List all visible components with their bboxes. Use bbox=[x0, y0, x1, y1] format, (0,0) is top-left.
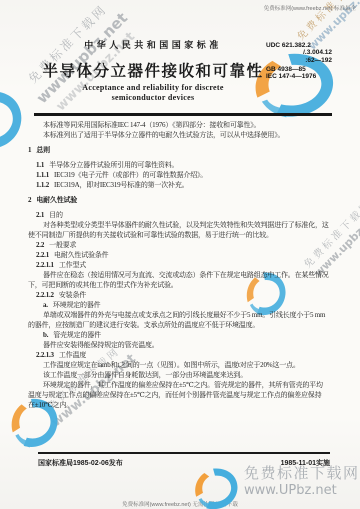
clause-text: 温度与规定工作点的偏差应保持在±5℃之内，而任何个别器件管壳温度与规定工作点的偏… bbox=[28, 391, 321, 399]
national-standard-label: 中华人民共和国国家标准 bbox=[0, 38, 306, 51]
doc-line: 2.1目的 bbox=[36, 210, 334, 220]
doc-title-cn: 半导体分立器件接收和可靠性 bbox=[0, 59, 306, 81]
clause-number: 2.1 bbox=[36, 211, 44, 219]
clause-text: 使不同制造厂所提供的有关接收试验和可靠性试验的数据，易于进行统一的比较。 bbox=[28, 231, 273, 239]
clause-text: 单端或双端器件的外壳与电接点或支承点之间的引线长度最好不少于5 mm。引线长度小… bbox=[43, 311, 325, 319]
doc-line: 对各种类型或分类型半导体器件的耐久性试验，以及判定失效特性和失效判据进行了标准化… bbox=[43, 220, 334, 230]
code-iec: IEC 147-4—1976 bbox=[266, 73, 332, 80]
code-udc-2: /.3.004.12 bbox=[266, 49, 332, 56]
clause-text: 的器件，应按制造厂的建议进行安装。支承点所处的温度应不低于环境温度。 bbox=[28, 321, 259, 329]
doc-line: 本标准等同采用国际标准IEC 147-4（1976）《第四部分：接收和可靠性》。 bbox=[43, 120, 334, 130]
clause-text: 工作型式 bbox=[59, 261, 86, 269]
clause-text: 本标准等同采用国际标准IEC 147-4（1976）《第四部分：接收和可靠性》。 bbox=[43, 121, 260, 129]
doc-title-en-line1: Acceptance and reliability for discrete bbox=[0, 83, 306, 92]
page: 免费标准下载网 www.upbz.net www.upbz.net 免费标准下载… bbox=[0, 0, 360, 509]
document-content: 免费标准网(www.freebz.net) 标准最全 中华人民共和国国家标准 半… bbox=[0, 0, 360, 509]
clause-text: IEC319A，即对IEC319号标准的第一次补充。 bbox=[54, 181, 188, 189]
clause-text: 对各种类型或分类型半导体器件的耐久性试验，以及判定失效特性和失效判据进行了标准化… bbox=[43, 221, 329, 229]
clause-text: 器件应安装得能保持规定的管壳温度。 bbox=[43, 341, 159, 349]
code-gb: GB 4938—85 bbox=[266, 66, 332, 73]
doc-line: 的器件，应按制造厂的建议进行安装。支承点所处的温度应不低于环境温度。 bbox=[28, 320, 334, 330]
brand-text: 免费标准下载网 www.UPbz.net bbox=[244, 466, 360, 498]
clause-number: 1 bbox=[28, 146, 31, 154]
doc-line: 温度与规定工作点的偏差应保持在±5℃之内，而任何个别器件管壳温度与规定工作点的偏… bbox=[28, 390, 334, 400]
clause-number: 2 bbox=[28, 196, 31, 204]
doc-line: 单端或双端器件的外壳与电接点或支承点之间的引线长度最好不少于5 mm。引线长度小… bbox=[43, 310, 334, 320]
doc-line: 器件应在稳态（按适用情况可为直流、交流或动态）条件下在规定电路组态中工作。在某些… bbox=[43, 270, 334, 280]
clause-text: 安装条件 bbox=[59, 291, 86, 299]
doc-line: 2.2一般要求 bbox=[36, 240, 334, 250]
clause-text: 工作温度应规定在tamb和t之间的一点（见图）。如图中所示，温度t对应于20%这… bbox=[43, 361, 300, 369]
clause-text: 半导体分立器件试验所引用的可靠性资料。 bbox=[49, 161, 178, 169]
clause-text: 总则 bbox=[36, 146, 50, 154]
clause-text: 目的 bbox=[49, 211, 63, 219]
clause-number: 1.1.2 bbox=[36, 181, 49, 189]
clause-number: 2.2 bbox=[36, 241, 44, 249]
clause-text: 工作温度 bbox=[59, 351, 86, 359]
doc-line: 1总则 bbox=[28, 145, 334, 155]
clause-text: 下，可把间断的或其他工作的型式作为补充试验。 bbox=[28, 281, 178, 289]
doc-line: 使不同制造厂所提供的有关接收试验和可靠性试验的数据，易于进行统一的比较。 bbox=[28, 230, 334, 240]
doc-line: b.管壳规定的器件 bbox=[43, 330, 334, 340]
up-logo-icon bbox=[190, 466, 238, 509]
clause-number: 2.2.1.2 bbox=[36, 291, 54, 299]
clause-text: 本标准列出了适用于半导体分立器件的电耐久性试验方法，可以从中选择使用》。 bbox=[43, 131, 284, 139]
clause-text: IEC319《电子元件（或部件）的可靠性数据介绍》。 bbox=[54, 171, 207, 179]
clause-number: 2.2.1 bbox=[36, 251, 49, 259]
footer-rule bbox=[38, 452, 330, 454]
clause-number: b. bbox=[43, 331, 48, 339]
brand-site-name: 免费标准下载网 bbox=[244, 466, 360, 483]
clause-number: 1.1.1 bbox=[36, 171, 49, 179]
doc-line: 该工作温度一部分由器件自身耗散达到，一部分由环境温度来达到。 bbox=[43, 370, 334, 380]
doc-line: 器件应安装得能保持规定的管壳温度。 bbox=[43, 340, 334, 350]
clause-text: 管壳规定的器件 bbox=[53, 331, 101, 339]
doc-line: a.环境规定的器件 bbox=[43, 300, 334, 310]
clause-text: 在±10℃之内。 bbox=[28, 401, 73, 409]
watermark-brand: 免费标准下载网 www.UPbz.net bbox=[190, 466, 360, 509]
doc-line: 2.2.1电耐久性试验条件 bbox=[36, 250, 334, 260]
doc-line: 2.2.1.3工作温度 bbox=[36, 350, 334, 360]
doc-line: 本标准列出了适用于半导体分立器件的电耐久性试验方法，可以从中选择使用》。 bbox=[43, 130, 334, 140]
header-rule bbox=[34, 113, 332, 116]
scan-top-note: 免费标准网(www.freebz.net) 标准最全 bbox=[264, 4, 356, 12]
clause-text: 该工作温度一部分由器件自身耗散达到，一部分由环境温度来达到。 bbox=[43, 371, 247, 379]
brand-site-url: www.UPbz.net bbox=[244, 483, 360, 498]
clause-text: 电耐久性试验 bbox=[36, 196, 77, 204]
code-udc-3: :62—192 bbox=[266, 57, 332, 64]
doc-line: 2.2.1.1工作型式 bbox=[36, 260, 334, 270]
doc-line: 1.1.1IEC319《电子元件（或部件）的可靠性数据介绍》。 bbox=[36, 170, 334, 180]
codes-block: UDC 621.382.2 /.3.004.12 :62—192 GB 4938… bbox=[266, 42, 332, 80]
clause-number: 2.2.1.1 bbox=[36, 261, 54, 269]
footer-issued: 国家标准局1985-02-06发布 bbox=[38, 458, 123, 468]
doc-line: 2.2.1.2安装条件 bbox=[36, 290, 334, 300]
document-body: 本标准等同采用国际标准IEC 147-4（1976）《第四部分：接收和可靠性》。… bbox=[28, 120, 334, 410]
doc-line: 环境规定的器件，其工作温度的偏差应保持在±5℃之内。管壳规定的器件，其所有管壳的… bbox=[43, 380, 334, 390]
doc-line: 2电耐久性试验 bbox=[28, 195, 334, 205]
clause-number: 2.2.1.3 bbox=[36, 351, 54, 359]
clause-text: 一般要求 bbox=[49, 241, 76, 249]
clause-text: 电耐久性试验条件 bbox=[54, 251, 108, 259]
clause-number: a. bbox=[43, 301, 48, 309]
doc-line: 在±10℃之内。 bbox=[28, 400, 334, 410]
clause-text: 环境规定的器件 bbox=[53, 301, 101, 309]
doc-title-en-line2: semiconductor devices bbox=[0, 93, 306, 102]
code-udc-1: UDC 621.382.2 bbox=[266, 42, 332, 49]
clause-text: 环境规定的器件，其工作温度的偏差应保持在±5℃之内。管壳规定的器件，其所有管壳的… bbox=[43, 381, 323, 389]
clause-number: 1.1 bbox=[36, 161, 44, 169]
doc-line: 1.1半导体分立器件试验所引用的可靠性资料。 bbox=[36, 160, 334, 170]
doc-line: 下，可把间断的或其他工作的型式作为补充试验。 bbox=[28, 280, 334, 290]
doc-line: 1.1.2IEC319A，即对IEC319号标准的第一次补充。 bbox=[36, 180, 334, 190]
clause-text: 器件应在稳态（按适用情况可为直流、交流或动态）条件下在规定电路组态中工作。在某些… bbox=[43, 271, 329, 279]
doc-line: 工作温度应规定在tamb和t之间的一点（见图）。如图中所示，温度t对应于20%这… bbox=[43, 360, 334, 370]
